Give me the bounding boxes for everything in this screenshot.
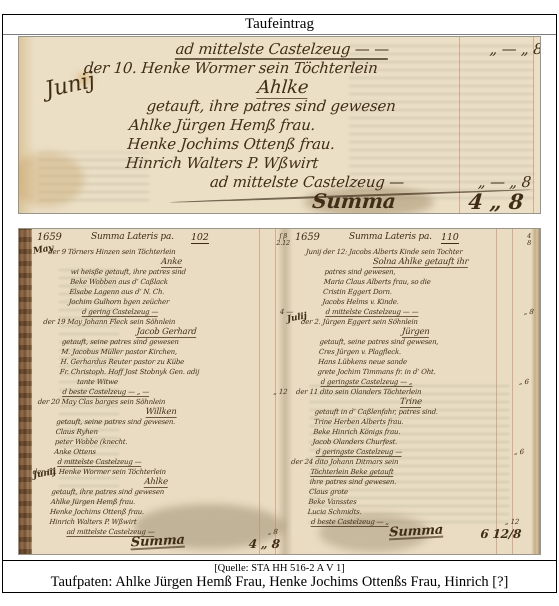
manuscript-line: Beke Wobben aus d’ Caßlack [70, 277, 300, 287]
manuscript-line: ihre patres sind gewesen. [309, 477, 526, 487]
manuscript-line: d gering Castelzeug —4 — [82, 307, 298, 317]
amount-value: 4 „ 8 [248, 539, 280, 549]
manuscript-line: M. Jacobus Müller pastor Kirchen, [61, 347, 295, 357]
manuscript-line: der 11 dito sein Olanders Töchterlein [296, 387, 533, 397]
manuscript-line: Fr. Christoph. Hoff Jost Stobnyk Gen. ad… [59, 367, 293, 377]
child-name: Ahlke [27, 477, 286, 487]
baptism-entry-detail-image: Junij ad mittelste Castelzeug — —„ — „ 8… [18, 36, 541, 214]
manuscript-line: der 19 May Johann Fleck sein Söhnlein [43, 317, 297, 327]
manuscript-line: Henke Jochims Ottenß frau. [50, 507, 284, 517]
manuscript-line: getauft in d’ Caßlenfahr, patres sind. [314, 407, 531, 417]
manuscript-line: grete Jochim Timmans fr. in d’ Oht. [317, 367, 534, 377]
manuscript-line: Hinrich Walters P. Wßwirt [125, 154, 538, 173]
manuscript-line: d beste Castelzeug — „ —„ 12 [62, 387, 292, 397]
manuscript-line: getauft, seine patres sind gewesen [62, 337, 296, 347]
child-name: Willken [32, 407, 291, 417]
amount-value: 4 „ 8 [468, 192, 525, 211]
amount-value: „ — „ 8 [489, 40, 541, 59]
manuscript-line: Ahlke Jürgen Hemß frau. [50, 497, 284, 507]
manuscript-line: Cristin Eggert Dorn. [323, 287, 540, 297]
manuscript-line: Elsabe Lagenn aus d’ N. Ch. [69, 287, 299, 297]
manuscript-line: tante Witwe [77, 377, 293, 387]
manuscript-line: Anke Ottens [54, 447, 288, 457]
manuscript-text-block: Junij der 12: Jacobs Alberts Kinde sein … [281, 247, 541, 539]
caption-area: [Quelle: STA HH 516-2 A V 1] Taufpaten: … [3, 560, 556, 592]
manuscript-line: der 10. Henke Wormer sein Töchterlein [32, 467, 286, 477]
amount-value: „ 8 [268, 527, 278, 537]
manuscript-line: Junij der 12: Jacobs Alberts Kinde sein … [306, 247, 541, 257]
source-caption: [Quelle: STA HH 516-2 A V 1] [3, 563, 556, 574]
manuscript-line: d mittelste Castelzeug — [57, 457, 287, 467]
manuscript-line: getauft, seine patres sind gewesen. [56, 417, 290, 427]
manuscript-line: Ahlke Jürgen Hemß frau. [128, 116, 541, 135]
register-spread-image: 1659 Summa Lateris pa. 102 ſ β 2.12 MayJ… [18, 228, 541, 555]
manuscript-line: Töchterlein Beke getauft [310, 467, 527, 477]
manuscript-line: d geringste Castelzeug — „„ 6 [320, 377, 533, 387]
manuscript-line: d mittelste Castelzeug — —„ 8 [325, 307, 538, 317]
manuscript-line: getauft, ihre patres sind gewesen [51, 487, 285, 497]
manuscript-line: ad mittelste Castelzeug — —„ — „ 8 [175, 40, 541, 59]
manuscript-line: Trine Herben Alberts frau. [314, 417, 531, 427]
amount-value: „ 12 [505, 517, 520, 527]
manuscript-line: getauft, seine patres sind gewesen, [319, 337, 536, 347]
child-name: Anke [42, 257, 301, 267]
manuscript-line: der 20 May Clas barges sein Söhnlein [37, 397, 291, 407]
manuscript-line: Hans Lübkens neue sande [318, 357, 535, 367]
child-name: Solna Ahlke getauft ihr [300, 257, 541, 267]
manuscript-line: Beke Hinrich Königs frau. [313, 427, 530, 437]
manuscript-text-block: ad mittelste Castelzeug — —„ — „ 8der 10… [18, 40, 541, 211]
manuscript-line: der 10. Henke Wormer sein Töchterlein [83, 59, 541, 78]
child-name: Jacob Gerhard [37, 327, 296, 337]
page-title: Taufeintrag [3, 15, 556, 35]
manuscript-line: Jacob Olanders Churfest. [312, 437, 529, 447]
manuscript-line: H. Gerhardus Reuter pastor zu Kübe [60, 357, 294, 367]
manuscript-line: Jochim Gulhorn bgen zeücher [68, 297, 298, 307]
child-name: Trine [290, 397, 532, 407]
manuscript-line: Beke Vansstes [308, 497, 525, 507]
manuscript-line: Maria Claus Alberts frau, so die [323, 277, 540, 287]
summa-row: Summa4 „ 8 [130, 537, 281, 549]
manuscript-line: peter Wobbe (knecht. [55, 437, 289, 447]
manuscript-line: der 24 dito Johann Ditmars sein [291, 457, 528, 467]
register-left-page: 1659 Summa Lateris pa. 102 ſ β 2.12 MayJ… [33, 229, 291, 554]
manuscript-line: patres sind gewesen, [324, 267, 541, 277]
register-right-page: 1659 Summa Lateris pa. 110 4 8 Julij Jun… [291, 229, 532, 554]
child-name: Ahlke [21, 78, 541, 97]
record-sheet-frame: Taufeintrag Junij ad mittelste Castelzeu… [2, 14, 557, 593]
amount-value: „ 6 [519, 377, 529, 387]
manuscript-line: Henke Jochims Ottenß frau. [127, 135, 540, 154]
manuscript-text-block: der 9 Törners Hinzen sein TöchterleinAnk… [22, 247, 301, 549]
manuscript-line: wi heisße getauft, ihre patres sind [70, 267, 300, 277]
godparents-caption: Taufpaten: Ahlke Jürgen Hemß Frau, Henke… [3, 574, 556, 591]
manuscript-line: der 2. Jürgen Eggert sein Söhnlein [301, 317, 538, 327]
manuscript-line: Claus Ryhen [55, 427, 289, 437]
amount-value: „ 8 [524, 307, 534, 317]
manuscript-line: getauft, ihre patres sind gewesen [146, 97, 541, 116]
manuscript-line: Cres Jürgen v. Plagfleck. [319, 347, 536, 357]
amount-value: „ 12 [273, 387, 288, 397]
manuscript-line: Claus grote [309, 487, 526, 497]
summa-row: Summa6 12/8 [389, 527, 523, 539]
amount-value: „ 6 [514, 447, 524, 457]
manuscript-line: der 9 Törners Hinzen sein Töchterlein [48, 247, 302, 257]
amount-value: 6 12/8 [480, 529, 521, 539]
manuscript-line: Lucia Schmidts. [307, 507, 524, 517]
child-name: Jürgen [295, 327, 537, 337]
manuscript-line: Hinrich Walters P. Wßwirt [49, 517, 283, 527]
manuscript-line: Jacobs Helms v. Kinde. [322, 297, 539, 307]
manuscript-line: d geringste Castelzeug —„ 6 [316, 447, 529, 457]
